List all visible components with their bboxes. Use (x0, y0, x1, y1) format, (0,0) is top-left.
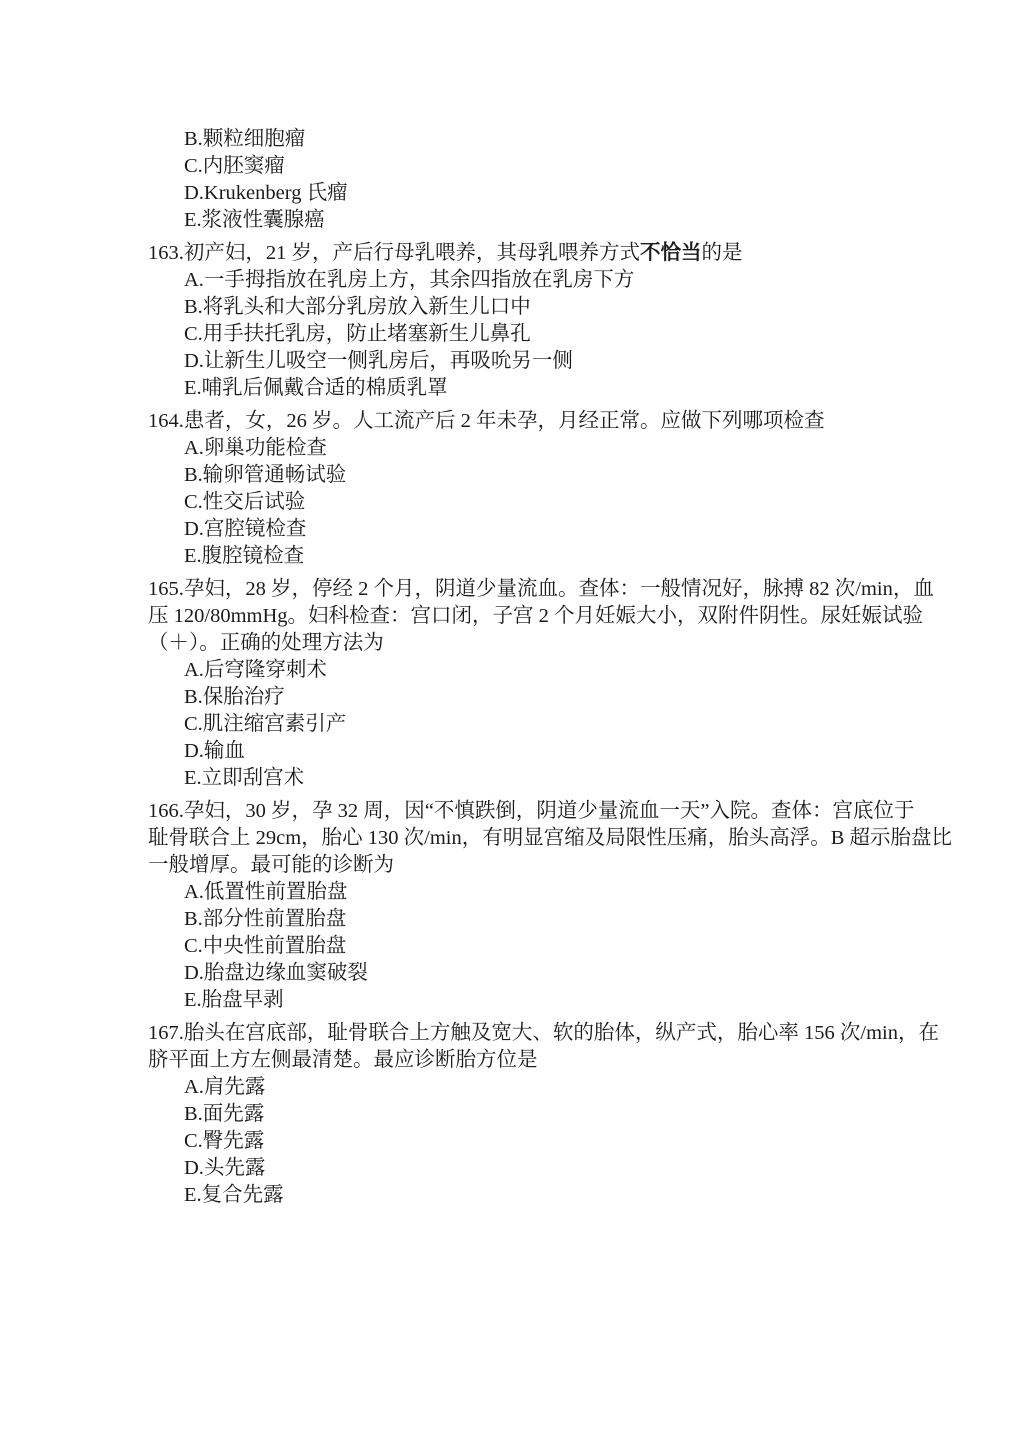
question-164-option-D: D.宫腔镜检查 (148, 516, 983, 543)
question-162-partial-option-C: C.内胚窦瘤 (148, 153, 983, 180)
question-163-option-C: C.用手扶托乳房，防止堵塞新生儿鼻孔 (148, 321, 983, 348)
question-166-option-E: E.胎盘早剥 (148, 987, 983, 1014)
question-166-option-B: B.部分性前置胎盘 (148, 906, 983, 933)
question-166-option-C: C.中央性前置胎盘 (148, 933, 983, 960)
question-165-stem-line-3: （＋）。正确的处理方法为 (148, 630, 983, 657)
stem-text: 164.患者，女，26 岁。人工流产后 2 年未孕，月经正常。应做下列哪项检查 (148, 410, 825, 432)
stem-text: 166.孕妇，30 岁，孕 32 周，因“不慎跌倒，阴道少量流血一天”入院。查体… (148, 800, 914, 822)
stem-text: 压 120/80mmHg。妇科检查：宫口闭，子宫 2 个月妊娠大小，双附件阴性。… (148, 605, 923, 627)
question-165-option-A: A.后穹隆穿刺术 (148, 657, 983, 684)
stem-text: 的是 (702, 242, 743, 264)
question-163-stem-line-1: 163.初产妇，21 岁，产后行母乳喂养，其母乳喂养方式不恰当的是 (148, 240, 983, 267)
stem-text: 脐平面上方左侧最清楚。最应诊断胎方位是 (148, 1049, 538, 1071)
question-164-option-C: C.性交后试验 (148, 489, 983, 516)
question-list: B.颗粒细胞瘤C.内胚窦瘤D.Krukenberg 氏瘤E.浆液性囊腺癌163.… (148, 126, 983, 1209)
question-166-stem-line-1: 166.孕妇，30 岁，孕 32 周，因“不慎跌倒，阴道少量流血一天”入院。查体… (148, 798, 983, 825)
exam-page: B.颗粒细胞瘤C.内胚窦瘤D.Krukenberg 氏瘤E.浆液性囊腺癌163.… (0, 0, 1023, 1447)
question-164-stem-line-1: 164.患者，女，26 岁。人工流产后 2 年未孕，月经正常。应做下列哪项检查 (148, 408, 983, 435)
question-166-stem-line-2: 耻骨联合上 29cm，胎心 130 次/min，有明显宫缩及局限性压痛，胎头高浮… (148, 825, 983, 852)
question-165: 165.孕妇，28 岁，停经 2 个月，阴道少量流血。查体：一般情况好，脉搏 8… (148, 576, 983, 792)
question-165-stem-line-1: 165.孕妇，28 岁，停经 2 个月，阴道少量流血。查体：一般情况好，脉搏 8… (148, 576, 983, 603)
question-164: 164.患者，女，26 岁。人工流产后 2 年未孕，月经正常。应做下列哪项检查A… (148, 408, 983, 570)
question-162-partial-option-E: E.浆液性囊腺癌 (148, 207, 983, 234)
question-166-option-A: A.低置性前置胎盘 (148, 879, 983, 906)
question-164-option-A: A.卵巢功能检查 (148, 435, 983, 462)
stem-text: （＋）。正确的处理方法为 (148, 632, 384, 654)
question-162-partial-option-B: B.颗粒细胞瘤 (148, 126, 983, 153)
stem-text: 167.胎头在宫底部，耻骨联合上方触及宽大、软的胎体，纵产式，胎心率 156 次… (148, 1022, 939, 1044)
stem-text: 耻骨联合上 29cm，胎心 130 次/min，有明显宫缩及局限性压痛，胎头高浮… (148, 827, 952, 849)
stem-emphasis-text: 不恰当 (640, 242, 702, 264)
question-167: 167.胎头在宫底部，耻骨联合上方触及宽大、软的胎体，纵产式，胎心率 156 次… (148, 1020, 983, 1209)
question-166-stem-line-3: 一般增厚。最可能的诊断为 (148, 852, 983, 879)
question-163-option-A: A.一手拇指放在乳房上方，其余四指放在乳房下方 (148, 267, 983, 294)
question-167-option-A: A.肩先露 (148, 1074, 983, 1101)
question-163-option-E: E.哺乳后佩戴合适的棉质乳罩 (148, 375, 983, 402)
question-164-option-E: E.腹腔镜检查 (148, 543, 983, 570)
question-165-option-E: E.立即刮宫术 (148, 765, 983, 792)
question-167-option-E: E.复合先露 (148, 1182, 983, 1209)
question-166-option-D: D.胎盘边缘血窦破裂 (148, 960, 983, 987)
question-163: 163.初产妇，21 岁，产后行母乳喂养，其母乳喂养方式不恰当的是A.一手拇指放… (148, 240, 983, 402)
question-165-option-D: D.输血 (148, 738, 983, 765)
question-164-option-B: B.输卵管通畅试验 (148, 462, 983, 489)
question-167-stem-line-2: 脐平面上方左侧最清楚。最应诊断胎方位是 (148, 1047, 983, 1074)
question-163-option-D: D.让新生儿吸空一侧乳房后，再吸吮另一侧 (148, 348, 983, 375)
question-166: 166.孕妇，30 岁，孕 32 周，因“不慎跌倒，阴道少量流血一天”入院。查体… (148, 798, 983, 1014)
document-page: { "page": { "background": "#ffffff", "te… (0, 0, 1023, 1447)
stem-text: 163.初产妇，21 岁，产后行母乳喂养，其母乳喂养方式 (148, 242, 640, 264)
question-162-partial: B.颗粒细胞瘤C.内胚窦瘤D.Krukenberg 氏瘤E.浆液性囊腺癌 (148, 126, 983, 234)
question-165-stem-line-2: 压 120/80mmHg。妇科检查：宫口闭，子宫 2 个月妊娠大小，双附件阴性。… (148, 603, 983, 630)
question-165-option-B: B.保胎治疗 (148, 684, 983, 711)
stem-text: 165.孕妇，28 岁，停经 2 个月，阴道少量流血。查体：一般情况好，脉搏 8… (148, 578, 934, 600)
question-167-stem-line-1: 167.胎头在宫底部，耻骨联合上方触及宽大、软的胎体，纵产式，胎心率 156 次… (148, 1020, 983, 1047)
question-167-option-C: C.臀先露 (148, 1128, 983, 1155)
question-163-option-B: B.将乳头和大部分乳房放入新生儿口中 (148, 294, 983, 321)
question-165-option-C: C.肌注缩宫素引产 (148, 711, 983, 738)
stem-text: 一般增厚。最可能的诊断为 (148, 854, 394, 876)
question-167-option-B: B.面先露 (148, 1101, 983, 1128)
question-162-partial-option-D: D.Krukenberg 氏瘤 (148, 180, 983, 207)
question-167-option-D: D.头先露 (148, 1155, 983, 1182)
